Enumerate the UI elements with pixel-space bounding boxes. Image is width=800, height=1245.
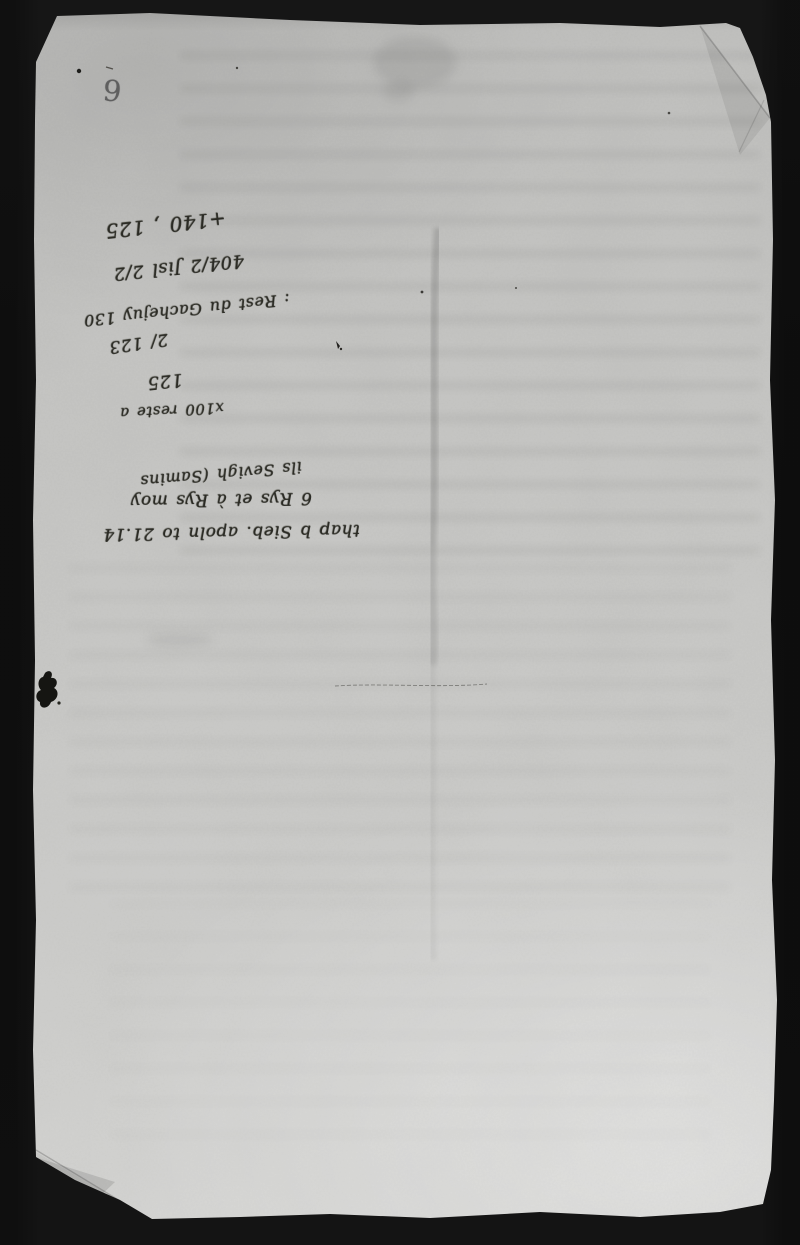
paper-grain-texture: [0, 0, 800, 1245]
handwritten-line-5: 125: [146, 369, 184, 394]
paper-sheet: 9 +140 , 125 404/2 Jisl 2/2 : Rest du Ga…: [0, 0, 800, 1245]
scanned-document: 9 +140 , 125 404/2 Jisl 2/2 : Rest du Ga…: [0, 0, 800, 1245]
pencil-page-number: 9: [101, 73, 123, 109]
handwritten-line-8: 6 Rys et à Rys moy: [130, 488, 312, 511]
